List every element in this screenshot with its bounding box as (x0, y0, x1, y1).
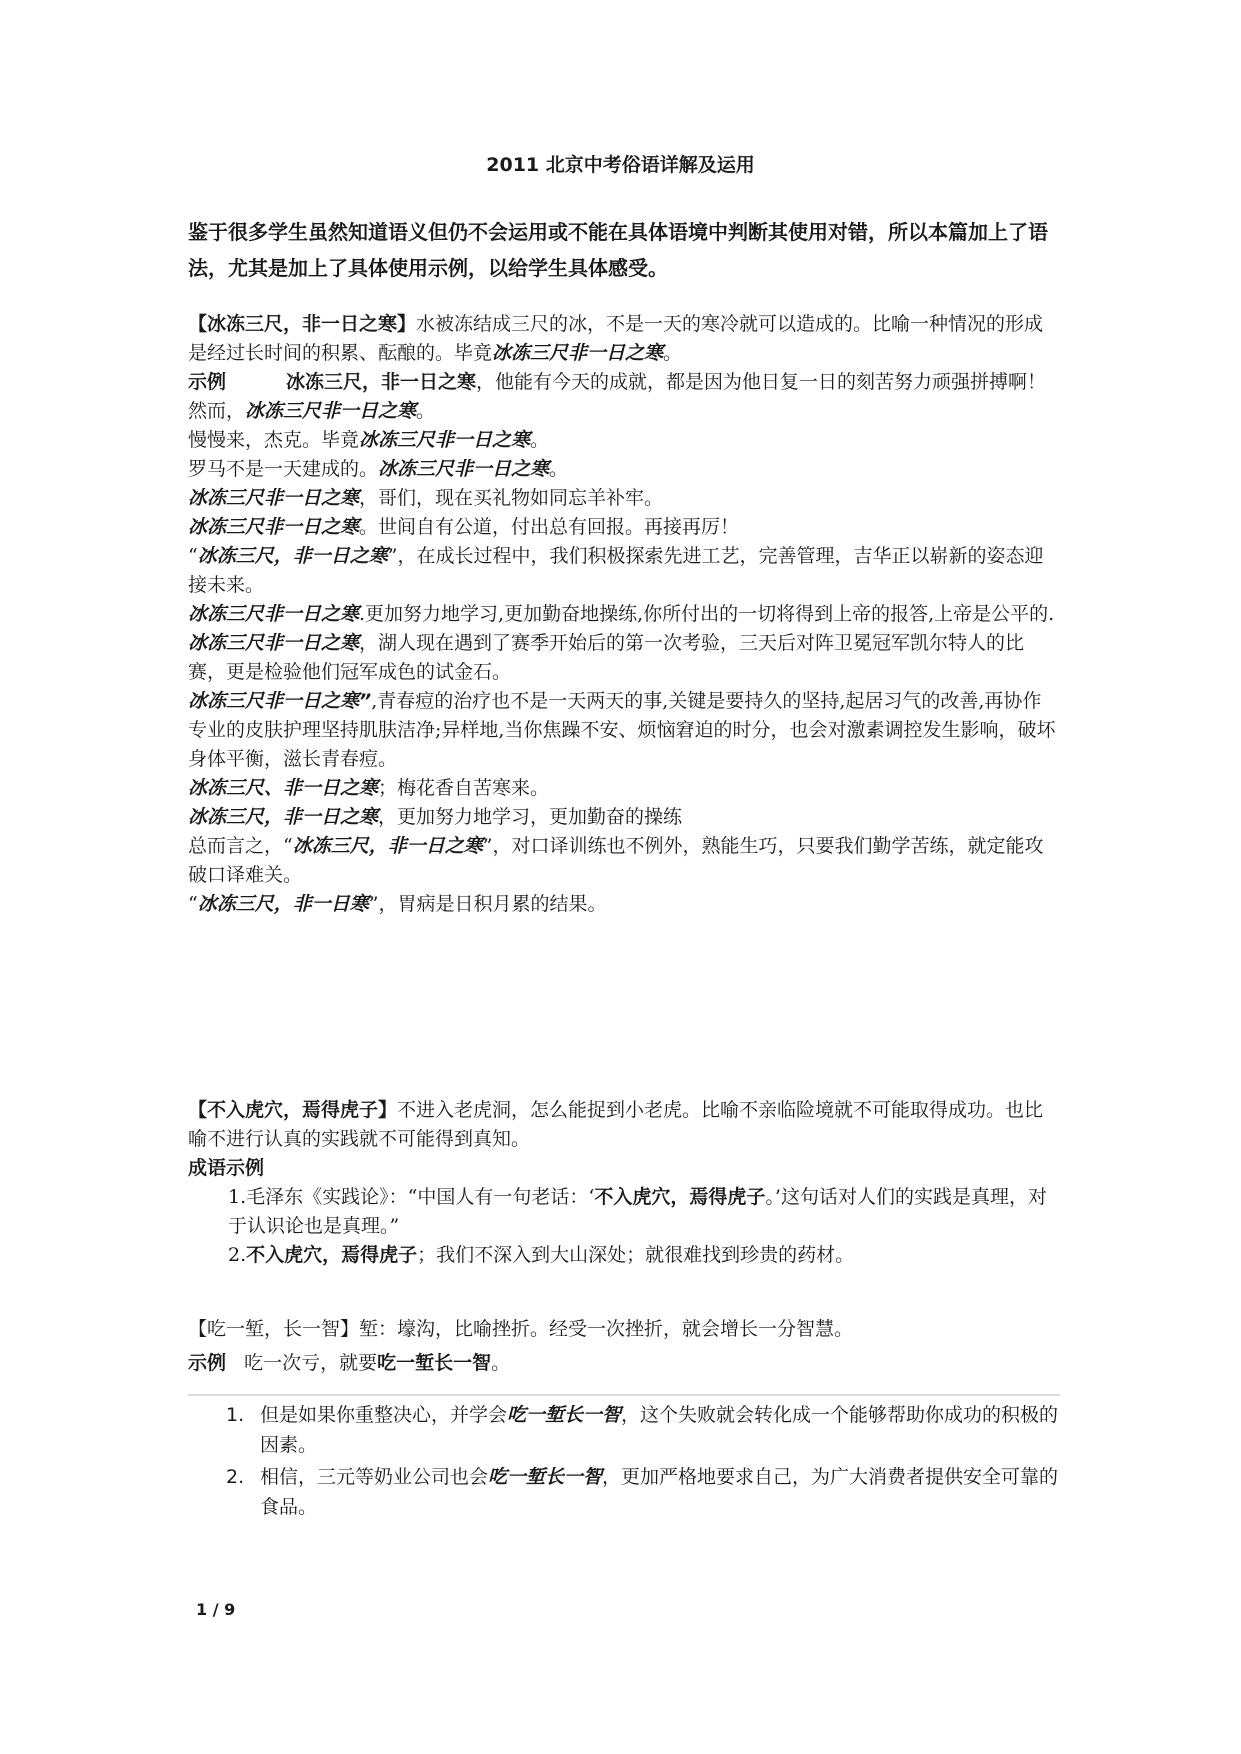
example-item-1: 1.毛泽东《实践论》：“中国人有一句老话：‘不入虎穴，焉得虎子。’这句话对人们的… (188, 1183, 1058, 1241)
intro-paragraph: 鉴于很多学生虽然知道语义但仍不会运用或不能在具体语境中判断其使用对错，所以本篇加… (188, 214, 1058, 286)
document-title: 2011 北京中考俗语详解及运用 (0, 150, 1241, 177)
numbered-list: 1. 但是如果你重整决心，并学会吃一堑长一智，这个失败就会转化成一个能够帮助你成… (226, 1400, 1060, 1524)
entry-term: 【不入虎穴，焉得虎子】 (188, 1099, 397, 1121)
entry-definition: 【不入虎穴，焉得虎子】不进入老虎洞，怎么能捉到小老虎。比喻不亲临险境就不可能取得… (188, 1096, 1058, 1154)
example-line: 冰冻三尺非一日之寒。世间自有公道，付出总有回报。再接再厉！ (188, 513, 1058, 542)
entry-definition: 【冰冻三尺，非一日之寒】水被冻结成三尺的冰，不是一天的寒冷就可以造成的。比喻一种… (188, 310, 1058, 368)
example-line: 然而，冰冻三尺非一日之寒。 (188, 397, 1058, 426)
example-line: 示例冰冻三尺，非一日之寒，他能有今天的成就，都是因为他日复一日的刻苦努力顽强拼搏… (188, 368, 1058, 397)
example-line: 慢慢来，杰克。毕竟冰冻三尺非一日之寒。 (188, 426, 1058, 455)
example-line: 冰冻三尺非一日之寒.更加努力地学习,更加勤奋地操练,你所付出的一切将得到上帝的报… (188, 600, 1058, 629)
entry-chiyiqian: 【吃一堑，长一智】堑：壕沟，比喻挫折。经受一次挫折，就会增长一分智慧。 示例 吃… (188, 1312, 1058, 1380)
example-item-2: 2.不入虎穴，焉得虎子；我们不深入到大山深处；就很难找到珍贵的药材。 (188, 1241, 1058, 1270)
example-line: 冰冻三尺，非一日之寒，更加努力地学习，更加勤奋的操练 (188, 803, 1058, 832)
example-line: 示例 吃一次亏，就要吃一堑长一智。 (188, 1346, 1058, 1380)
entry-definition: 【吃一堑，长一智】堑：壕沟，比喻挫折。经受一次挫折，就会增长一分智慧。 (188, 1312, 1058, 1346)
horizontal-rule (188, 1394, 1060, 1396)
entry-term: 【吃一堑，长一智】 (188, 1318, 359, 1340)
document-page: 2011 北京中考俗语详解及运用 鉴于很多学生虽然知道语义但仍不会运用或不能在具… (0, 0, 1241, 1754)
example-line: 总而言之，“冰冻三尺，非一日之寒”，对口译训练也不例外，熟能生巧，只要我们勤学苦… (188, 832, 1058, 890)
example-heading: 成语示例 (188, 1154, 1058, 1183)
example-line: 冰冻三尺非一日之寒，湖人现在遇到了赛季开始后的第一次考验，三天后对阵卫冕冠军凯尔… (188, 629, 1058, 687)
entry-buruhuxue: 【不入虎穴，焉得虎子】不进入老虎洞，怎么能捉到小老虎。比喻不亲临险境就不可能取得… (188, 1096, 1058, 1270)
entry-bingdong: 【冰冻三尺，非一日之寒】水被冻结成三尺的冰，不是一天的寒冷就可以造成的。比喻一种… (188, 310, 1058, 919)
entry-term: 【冰冻三尺，非一日之寒】 (188, 313, 416, 335)
list-item: 2. 相信，三元等奶业公司也会吃一堑长一智，更加严格地要求自己，为广大消费者提供… (226, 1462, 1060, 1522)
example-line: “冰冻三尺，非一日寒”，胃病是日积月累的结果。 (188, 890, 1058, 919)
example-line: 冰冻三尺非一日之寒，哥们，现在买礼物如同忘羊补牢。 (188, 484, 1058, 513)
example-line: 冰冻三尺非一日之寒”,青春痘的治疗也不是一天两天的事,关键是要持久的坚持,起居习… (188, 687, 1058, 774)
example-line: 罗马不是一天建成的。冰冻三尺非一日之寒。 (188, 455, 1058, 484)
list-item: 1. 但是如果你重整决心，并学会吃一堑长一智，这个失败就会转化成一个能够帮助你成… (226, 1400, 1060, 1460)
example-label: 示例 (188, 371, 226, 393)
example-line: “冰冻三尺，非一日之寒”，在成长过程中，我们积极探索先进工艺，完善管理，吉华正以… (188, 542, 1058, 600)
example-line: 冰冻三尺、非一日之寒；梅花香自苦寒来。 (188, 774, 1058, 803)
page-number: 1 / 9 (196, 1600, 235, 1619)
example-label: 示例 (188, 1352, 226, 1374)
